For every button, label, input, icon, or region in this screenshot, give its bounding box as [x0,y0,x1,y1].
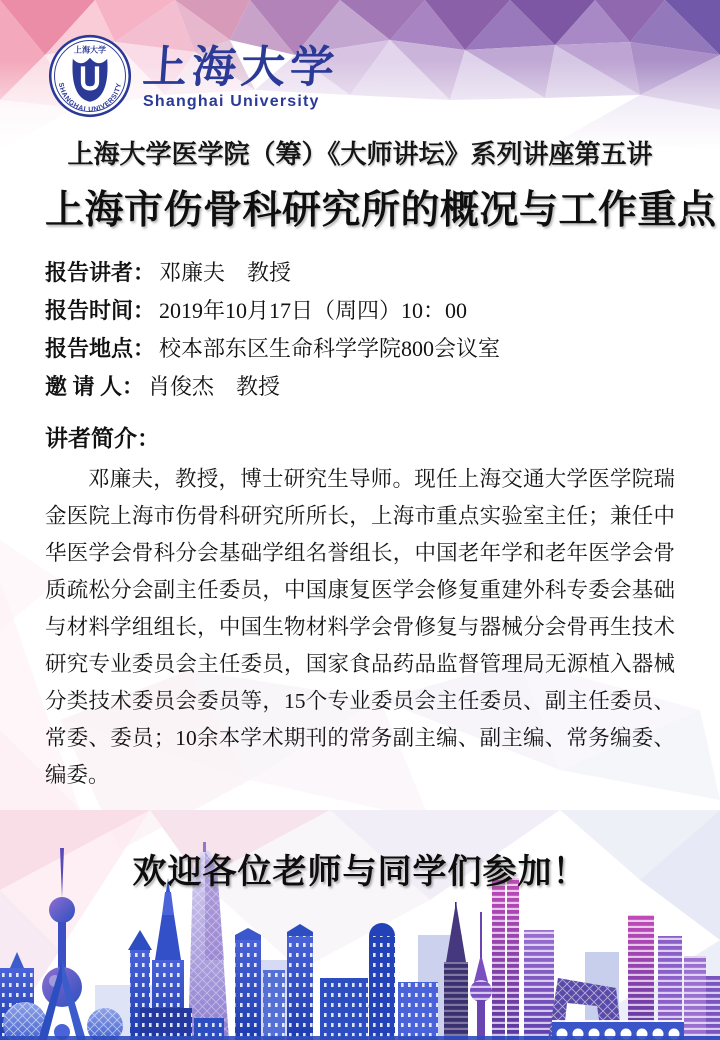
detail-row-inviter: 邀 请 人：肖俊杰 教授 [45,371,675,402]
detail-label: 报告地点： [45,336,155,361]
detail-row-time: 报告时间：2019年10月17日（周四）10：00 [45,295,675,326]
university-names: 上海大学 Shanghai University [143,45,339,111]
university-name-cn: 上海大学 [141,45,340,91]
header: 上海大学 SHANGHAI UNIVERSITY 上海大学 Shanghai U… [47,32,675,120]
detail-row-location: 报告地点：校本部东区生命科学学院800会议室 [45,333,675,364]
detail-row-speaker: 报告讲者：邓廉夫 教授 [45,257,675,288]
shanghai-university-logo-icon: 上海大学 SHANGHAI UNIVERSITY [47,33,133,119]
logo-seal-top-text: 上海大学 [74,44,106,54]
detail-label: 邀 请 人： [45,374,144,399]
detail-label: 报告时间： [45,298,155,323]
bio-heading: 讲者简介： [45,420,675,453]
detail-value: 校本部东区生命科学学院800会议室 [159,336,500,361]
detail-label: 报告讲者： [45,260,155,285]
detail-value: 邓廉夫 教授 [159,260,291,285]
welcome-message: 欢迎各位老师与同学们参加！ [45,844,675,893]
detail-value: 2019年10月17日（周四）10：00 [159,298,467,323]
main-title: 上海市伤骨科研究所的概况与工作重点 [45,179,675,235]
detail-value: 肖俊杰 教授 [148,374,280,399]
bio-paragraph: 邓廉夫，教授，博士研究生导师。现任上海交通大学医学院瑞金医院上海市伤骨科研究所所… [45,461,675,794]
poster-page: { "header": { "logo": { "seal_top_text":… [0,0,720,1040]
university-name-en: Shanghai University [143,93,339,111]
details-list: 报告讲者：邓廉夫 教授 报告时间：2019年10月17日（周四）10：00 报告… [45,257,675,402]
series-title: 上海大学医学院（筹）《大师讲坛》系列讲座第五讲 [45,134,675,171]
poster-content: 上海大学 SHANGHAI UNIVERSITY 上海大学 Shanghai U… [0,0,720,1040]
